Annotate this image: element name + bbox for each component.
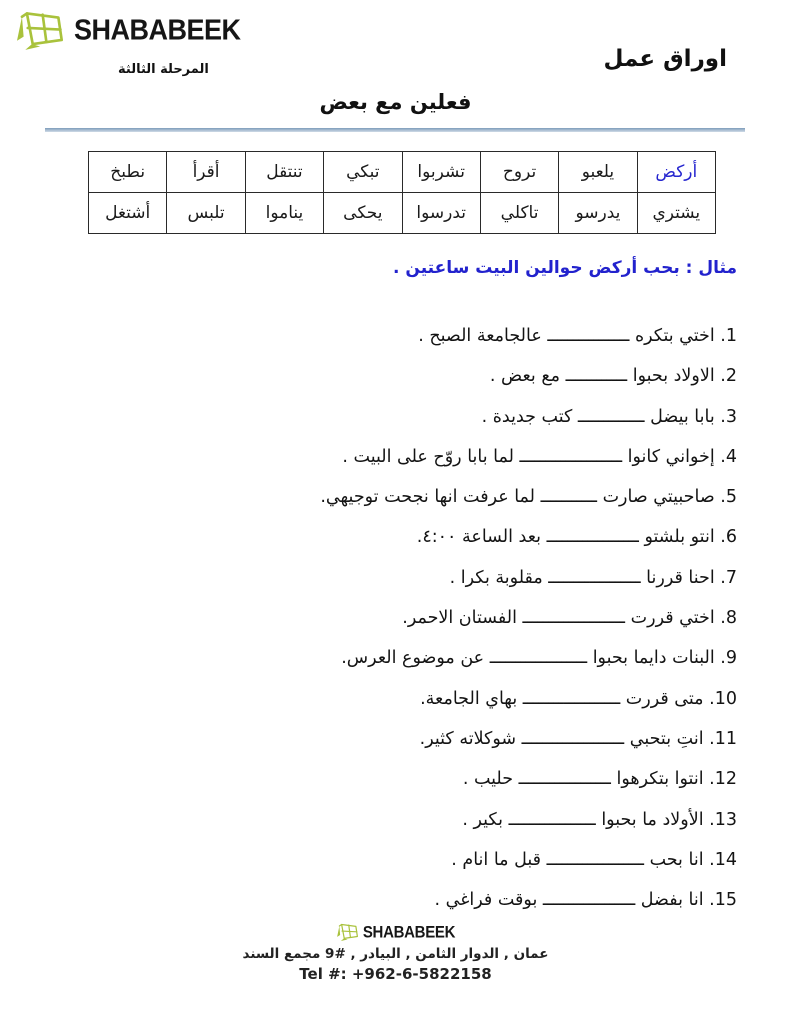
item-text-before: صاحبيتي صارت bbox=[603, 487, 715, 507]
item-number: 4. bbox=[720, 447, 737, 467]
item-blank: ــــــــــــــــــــ bbox=[523, 608, 626, 628]
doc-type-label: اوراق عمل bbox=[603, 46, 727, 72]
item-text-before: انتِ بتحبي bbox=[630, 729, 704, 749]
item-text-after: كتب جديدة . bbox=[482, 407, 573, 427]
footer-address: عمان , الدوار الثامن , البيادر , #9 مجمع… bbox=[0, 946, 791, 962]
item-blank: ـــــــــــ bbox=[541, 487, 597, 507]
item-text-before: الأولاد ما بحبوا bbox=[601, 810, 703, 830]
verb-cell: أركض bbox=[637, 152, 715, 193]
item-text-before: بابا بيضل bbox=[650, 407, 715, 427]
verb-cell: تلبس bbox=[167, 193, 245, 234]
item-text-after: مقلوبة بكرا . bbox=[450, 568, 543, 588]
item-blank: ـــــــــــــــــــ bbox=[523, 689, 620, 709]
exercise-item: 2. الاولاد بحبوا ــــــــــــ مع بعض . bbox=[30, 356, 737, 396]
worksheet-page: SHABABEEK اوراق عمل المرحلة الثالثة فعلي… bbox=[0, 0, 791, 1024]
item-text-before: اختي بتكره bbox=[635, 326, 715, 346]
item-text-after: حليب . bbox=[463, 769, 513, 789]
item-blank: ـــــــــــــــــ bbox=[509, 810, 596, 830]
item-blank: ــــــــــــــــــ bbox=[543, 890, 635, 910]
example-sentence: مثال : بحب أركض حوالين البيت ساعتين . bbox=[393, 258, 737, 278]
brand-header: SHABABEEK bbox=[14, 6, 241, 54]
item-number: 11. bbox=[709, 729, 737, 749]
exercise-item: 1. اختي بتكره ــــــــــــــــ عالجامعة … bbox=[30, 316, 737, 356]
item-number: 8. bbox=[720, 608, 737, 628]
exercise-item: 3. بابا بيضل ـــــــــــــ كتب جديدة . bbox=[30, 397, 737, 437]
item-text-before: انتوا بتكرهوا bbox=[616, 769, 703, 789]
item-text-before: الاولاد بحبوا bbox=[633, 366, 715, 386]
exercise-item: 11. انتِ بتحبي ــــــــــــــــــــ شوكل… bbox=[30, 719, 737, 759]
footer-phone: Tel #: +962-6-5822158 bbox=[0, 965, 791, 983]
item-number: 2. bbox=[720, 366, 737, 386]
verb-cell: يحكى bbox=[324, 193, 402, 234]
verb-cell: تروح bbox=[480, 152, 558, 193]
exercise-item: 12. انتوا بتكرهوا ــــــــــــــــــ حلي… bbox=[30, 759, 737, 799]
item-blank: ــــــــــــــــــ bbox=[548, 568, 640, 588]
item-blank: ــــــــــــــــــ bbox=[547, 527, 639, 547]
item-text-after: عالجامعة الصبح . bbox=[418, 326, 542, 346]
exercise-item: 4. إخواني كانوا ــــــــــــــــــــ لما… bbox=[30, 437, 737, 477]
verb-cell: يدرسو bbox=[559, 193, 637, 234]
item-number: 12. bbox=[709, 769, 737, 789]
verb-cell: تاكلي bbox=[480, 193, 558, 234]
item-text-after: بوقت فراغي . bbox=[435, 890, 538, 910]
item-text-before: احنا قررنا bbox=[646, 568, 715, 588]
item-blank: ـــــــــــــــــــ bbox=[547, 850, 644, 870]
item-number: 5. bbox=[720, 487, 737, 507]
item-number: 15. bbox=[709, 890, 737, 910]
item-text-after: لما بابا روّح على البيت . bbox=[342, 447, 514, 467]
footer-wordmark: SHABABEEK bbox=[363, 923, 455, 941]
item-number: 6. bbox=[720, 527, 737, 547]
shababeek-logo-icon bbox=[14, 6, 68, 54]
verb-cell: نطبخ bbox=[89, 152, 167, 193]
verb-table: أركض يلعبو تروح تشربوا تبكي تنتقل أقرأ ن… bbox=[88, 151, 716, 234]
shababeek-logo-icon bbox=[336, 921, 360, 943]
footer-brand: SHABABEEK bbox=[0, 921, 791, 943]
item-text-after: بكير . bbox=[462, 810, 503, 830]
item-blank: ـــــــــــــ bbox=[578, 407, 645, 427]
item-number: 3. bbox=[720, 407, 737, 427]
item-number: 13. bbox=[709, 810, 737, 830]
verb-cell: تبكي bbox=[324, 152, 402, 193]
item-number: 10. bbox=[709, 689, 737, 709]
verb-table-row: أركض يلعبو تروح تشربوا تبكي تنتقل أقرأ ن… bbox=[89, 152, 716, 193]
verb-cell: يلعبو bbox=[559, 152, 637, 193]
exercise-item: 8. اختي قررت ــــــــــــــــــــ الفستا… bbox=[30, 598, 737, 638]
title-divider bbox=[45, 128, 745, 132]
exercise-item: 15. انا بفضل ــــــــــــــــــ بوقت فرا… bbox=[30, 880, 737, 920]
item-text-after: لما عرفت انها نجحت توجيهي. bbox=[320, 487, 535, 507]
item-text-after: شوكلاته كثير. bbox=[420, 729, 516, 749]
item-text-after: قبل ما انام . bbox=[451, 850, 541, 870]
verb-cell: يناموا bbox=[245, 193, 323, 234]
item-blank: ــــــــــــ bbox=[566, 366, 628, 386]
item-text-after: مع بعض . bbox=[490, 366, 560, 386]
verb-cell: أقرأ bbox=[167, 152, 245, 193]
item-blank: ــــــــــــــــــــ bbox=[522, 729, 625, 749]
item-text-before: انتو بلشتو bbox=[644, 527, 714, 547]
item-text-after: الفستان الاحمر. bbox=[402, 608, 517, 628]
stage-label: المرحلة الثالثة bbox=[118, 62, 209, 77]
exercise-item: 7. احنا قررنا ــــــــــــــــــ مقلوبة … bbox=[30, 558, 737, 598]
verb-cell: تدرسوا bbox=[402, 193, 480, 234]
item-text-before: انا بفضل bbox=[641, 890, 704, 910]
item-text-before: البنات دايما بحبوا bbox=[593, 648, 715, 668]
verb-cell: يشتري bbox=[637, 193, 715, 234]
item-blank: ــــــــــــــــ bbox=[547, 326, 629, 346]
brand-wordmark: SHABABEEK bbox=[74, 14, 241, 47]
page-title: فعلين مع بعض bbox=[0, 90, 791, 114]
verb-table-row: يشتري يدرسو تاكلي تدرسوا يحكى يناموا تلب… bbox=[89, 193, 716, 234]
item-text-after: بهاي الجامعة. bbox=[420, 689, 517, 709]
item-text-before: اختي قررت bbox=[631, 608, 715, 628]
verb-cell: تنتقل bbox=[245, 152, 323, 193]
item-blank: ـــــــــــــــــــ bbox=[490, 648, 587, 668]
item-number: 9. bbox=[720, 648, 737, 668]
exercise-item: 14. انا بحب ـــــــــــــــــــ قبل ما ا… bbox=[30, 840, 737, 880]
item-blank: ــــــــــــــــــــ bbox=[520, 447, 623, 467]
item-number: 1. bbox=[720, 326, 737, 346]
item-text-after: بعد الساعة ٤:٠٠. bbox=[417, 527, 541, 547]
item-number: 14. bbox=[709, 850, 737, 870]
exercise-item: 5. صاحبيتي صارت ـــــــــــ لما عرفت انه… bbox=[30, 477, 737, 517]
exercise-item: 13. الأولاد ما بحبوا ـــــــــــــــــ ب… bbox=[30, 800, 737, 840]
item-text-before: انا بحب bbox=[650, 850, 704, 870]
verb-cell: تشربوا bbox=[402, 152, 480, 193]
exercise-item: 6. انتو بلشتو ــــــــــــــــــ بعد الس… bbox=[30, 517, 737, 557]
verb-cell: أشتغل bbox=[89, 193, 167, 234]
item-number: 7. bbox=[720, 568, 737, 588]
exercise-list: 1. اختي بتكره ــــــــــــــــ عالجامعة … bbox=[30, 316, 737, 920]
footer: SHABABEEK عمان , الدوار الثامن , البيادر… bbox=[0, 921, 791, 983]
item-blank: ــــــــــــــــــ bbox=[519, 769, 611, 789]
item-text-before: متى قررت bbox=[626, 689, 704, 709]
exercise-item: 10. متى قررت ـــــــــــــــــــ بهاي ال… bbox=[30, 679, 737, 719]
item-text-after: عن موضوع العرس. bbox=[341, 648, 484, 668]
exercise-item: 9. البنات دايما بحبوا ــــــــــــــــــ… bbox=[30, 638, 737, 678]
item-text-before: إخواني كانوا bbox=[628, 447, 715, 467]
